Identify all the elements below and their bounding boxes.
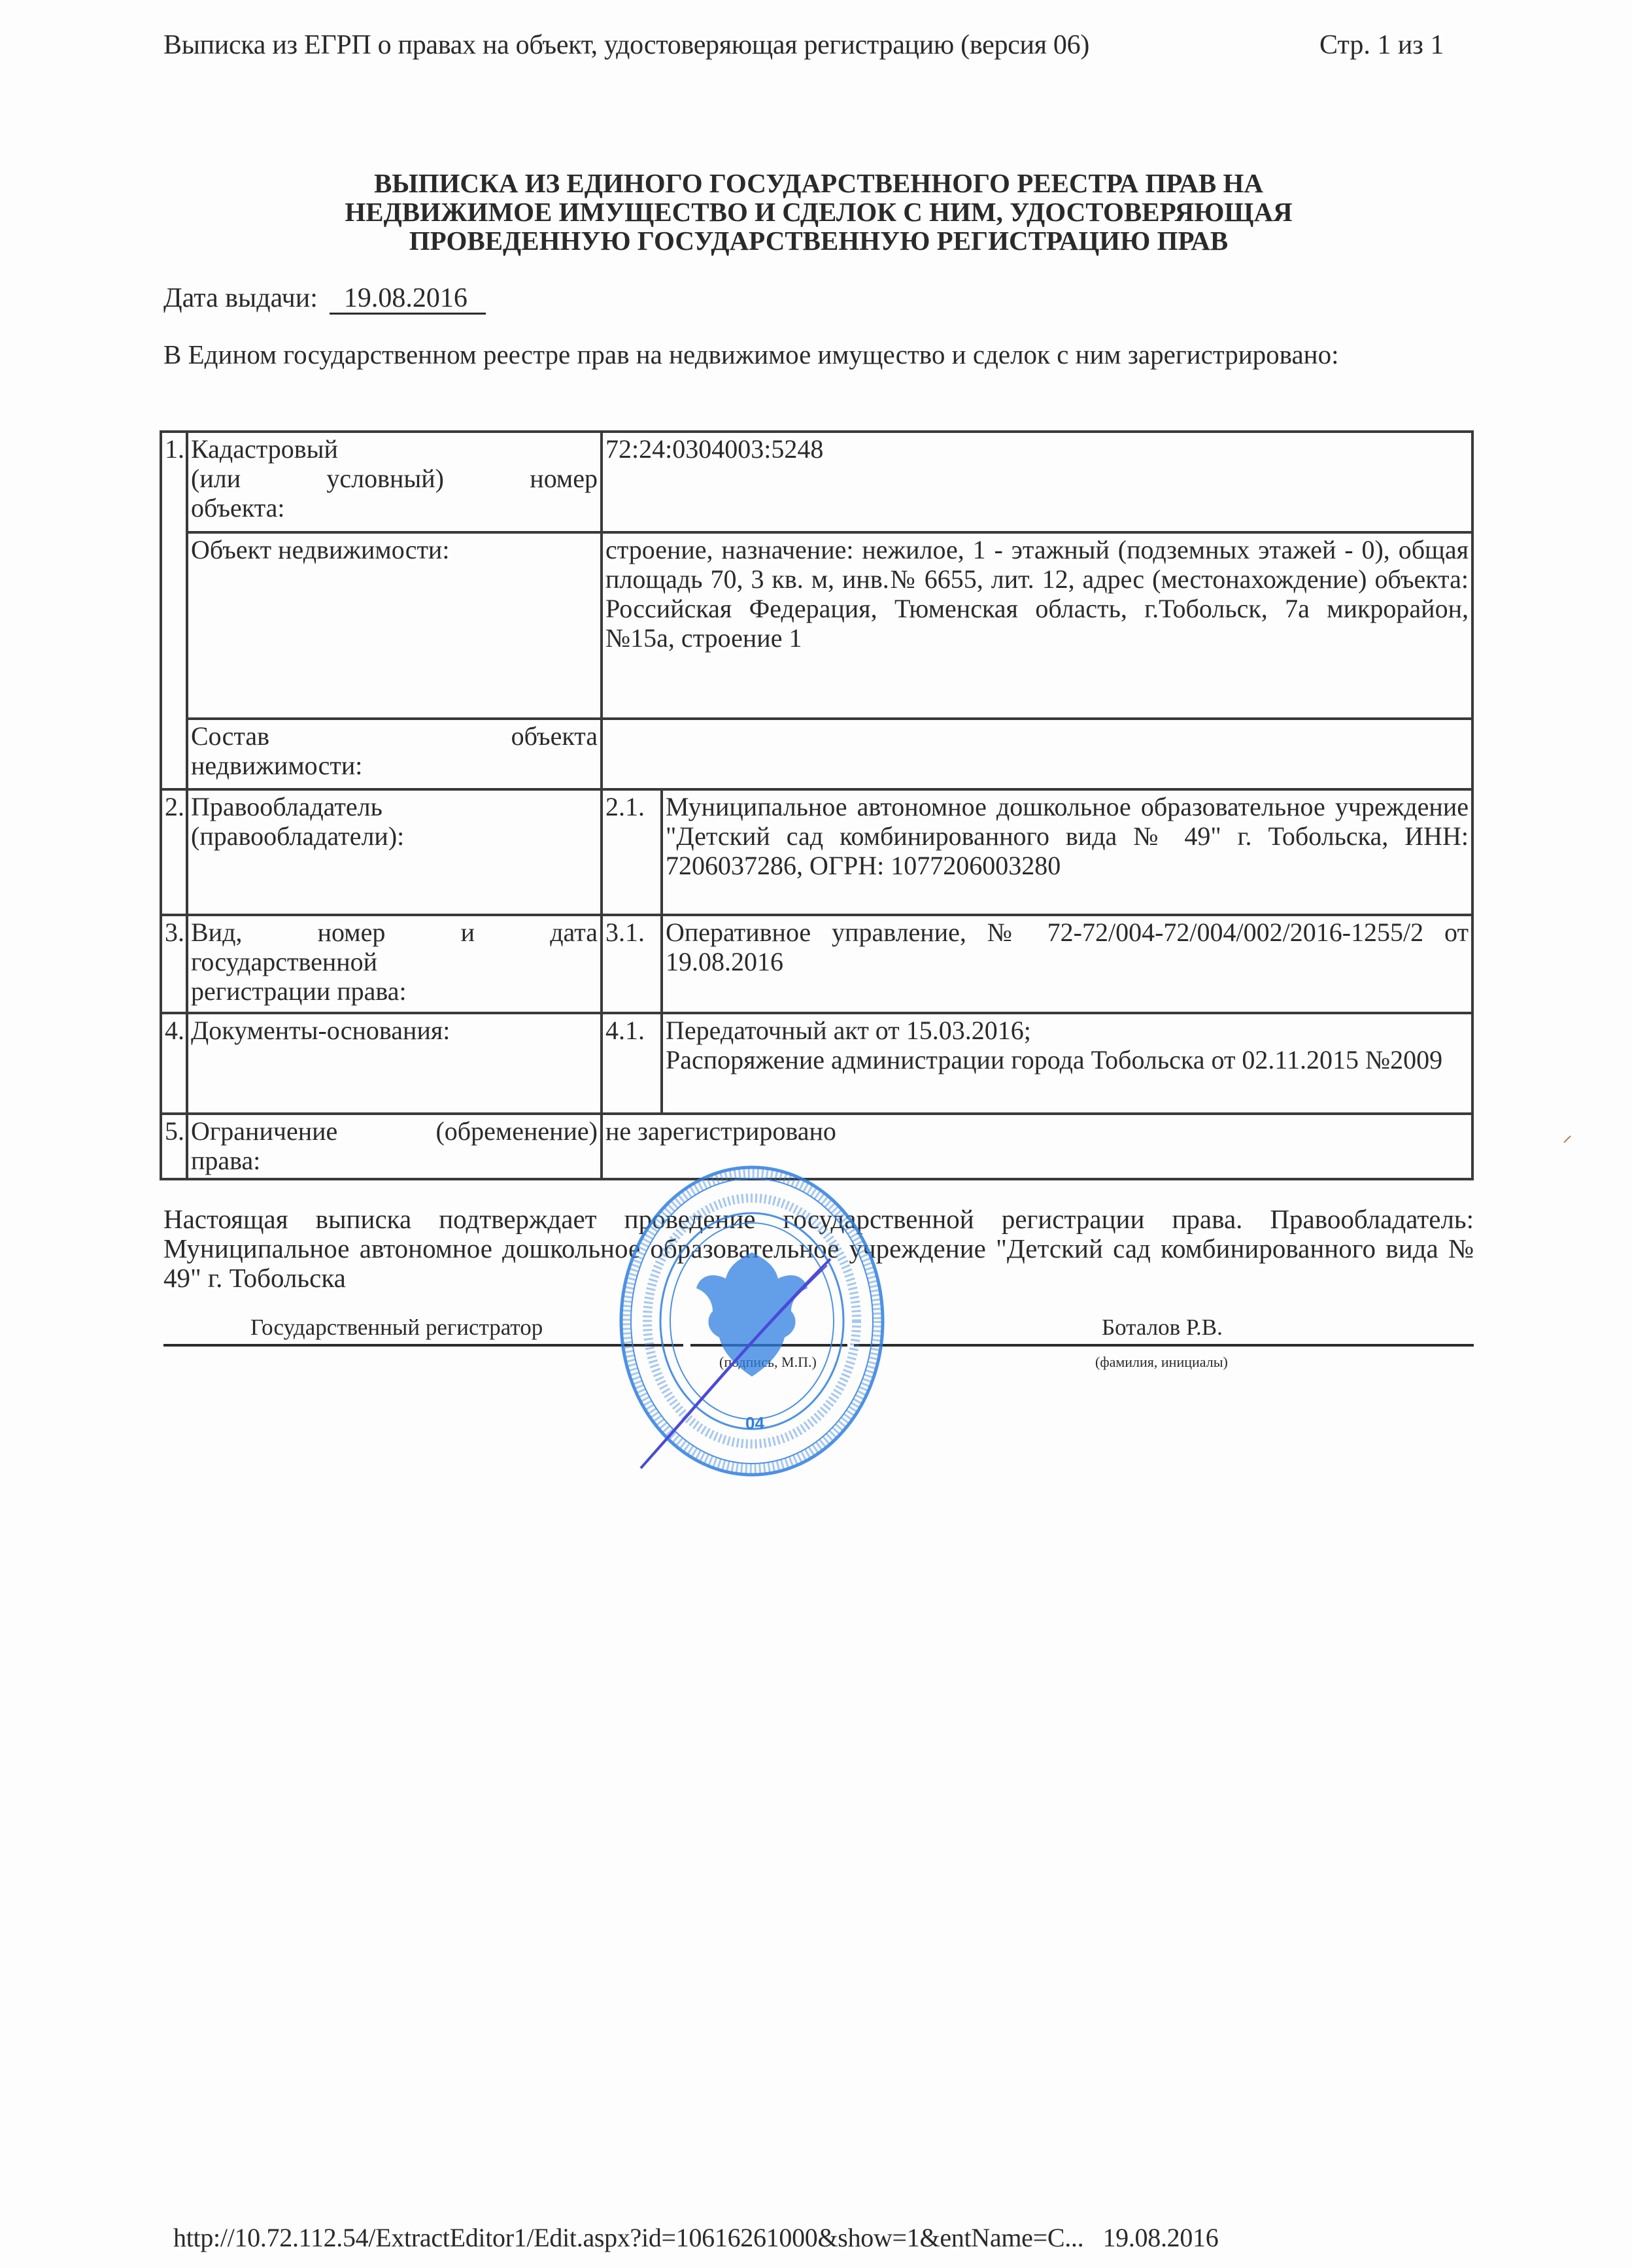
sub-number: 2.1. [602, 789, 662, 915]
table-row: 3. Вид, номер и дата государственной рег… [161, 915, 1472, 1013]
table-row: 2. Правообладатель (правообладатели): 2.… [161, 789, 1472, 915]
cadastral-number: 72:24:0304003:5248 [602, 432, 1472, 532]
row-label: Правообладатель (правообладатели): [187, 789, 602, 915]
divider [854, 1344, 1474, 1347]
row-label: Кадастровый (или условный) номер объекта… [187, 432, 602, 532]
table-row: 1. Кадастровый (или условный) номер объе… [161, 432, 1472, 532]
table-row: Состав объекта недвижимости: [161, 719, 1472, 789]
row-number: 5. [161, 1114, 187, 1179]
issue-date-label: Дата выдачи: [163, 283, 318, 313]
row-number: 3. [161, 915, 187, 1013]
scan-mark [1563, 1135, 1572, 1144]
title-line: ПРОВЕДЕННУЮ ГОСУДАРСТВЕННУЮ РЕГИСТРАЦИЮ … [163, 226, 1474, 255]
sub-number: 3.1. [602, 915, 662, 1013]
row-label: Вид, номер и дата государственной регист… [187, 915, 602, 1013]
document-title: ВЫПИСКА ИЗ ЕДИНОГО ГОСУДАРСТВЕННОГО РЕЕС… [163, 169, 1474, 255]
seal-number: 04 [745, 1413, 764, 1433]
row-label: Объект недвижимости: [187, 532, 602, 719]
table-row: Объект недвижимости: строение, назначени… [161, 532, 1472, 719]
row-label: Документы-основания: [187, 1013, 602, 1114]
row-label: Ограничение (обременение) права: [187, 1114, 602, 1179]
divider [163, 1344, 683, 1347]
source-url: http://10.72.112.54/ExtractEditor1/Edit.… [173, 2223, 1083, 2252]
print-date: 19.08.2016 [1102, 2223, 1218, 2252]
registry-table: 1. Кадастровый (или условный) номер объе… [160, 430, 1474, 1180]
title-line: ВЫПИСКА ИЗ ЕДИНОГО ГОСУДАРСТВЕННОГО РЕЕС… [163, 169, 1474, 198]
row-label: Состав объекта недвижимости: [187, 719, 602, 789]
property-composition [602, 719, 1472, 789]
registration-record: Оперативное управление, № 72-72/004-72/0… [662, 915, 1472, 1013]
title-line: НЕДВИЖИМОЕ ИМУЩЕСТВО И СДЕЛОК С НИМ, УДО… [163, 198, 1474, 226]
issue-date-value: 19.08.2016 [330, 284, 486, 315]
row-number: 2. [161, 789, 187, 915]
issue-date-row: Дата выдачи:19.08.2016 [163, 283, 486, 315]
registrar-label: Государственный регистратор [250, 1314, 543, 1341]
sub-number: 4.1. [602, 1013, 662, 1114]
running-header-title: Выписка из ЕГРП о правах на объект, удос… [163, 29, 1089, 61]
table-row: 4. Документы-основания: 4.1. Передаточны… [161, 1013, 1472, 1114]
registrar-name: Боталов Р.В. [1102, 1314, 1223, 1341]
property-description: строение, назначение: нежилое, 1 - этажн… [602, 532, 1472, 719]
name-caption: (фамилия, инициалы) [1095, 1354, 1228, 1371]
row-number: 4. [161, 1013, 187, 1114]
row-number: 1. [161, 432, 187, 789]
page-footer: http://10.72.112.54/ExtractEditor1/Edit.… [173, 2222, 1218, 2253]
basis-documents: Передаточный акт от 15.03.2016; Распоряж… [662, 1013, 1472, 1114]
official-seal-icon: 04 [615, 1161, 889, 1481]
page-number: Стр. 1 из 1 [1319, 29, 1444, 61]
intro-paragraph: В Едином государственном реестре прав на… [163, 340, 1474, 369]
right-holder: Муниципальное автономное дошкольное обра… [662, 789, 1472, 915]
